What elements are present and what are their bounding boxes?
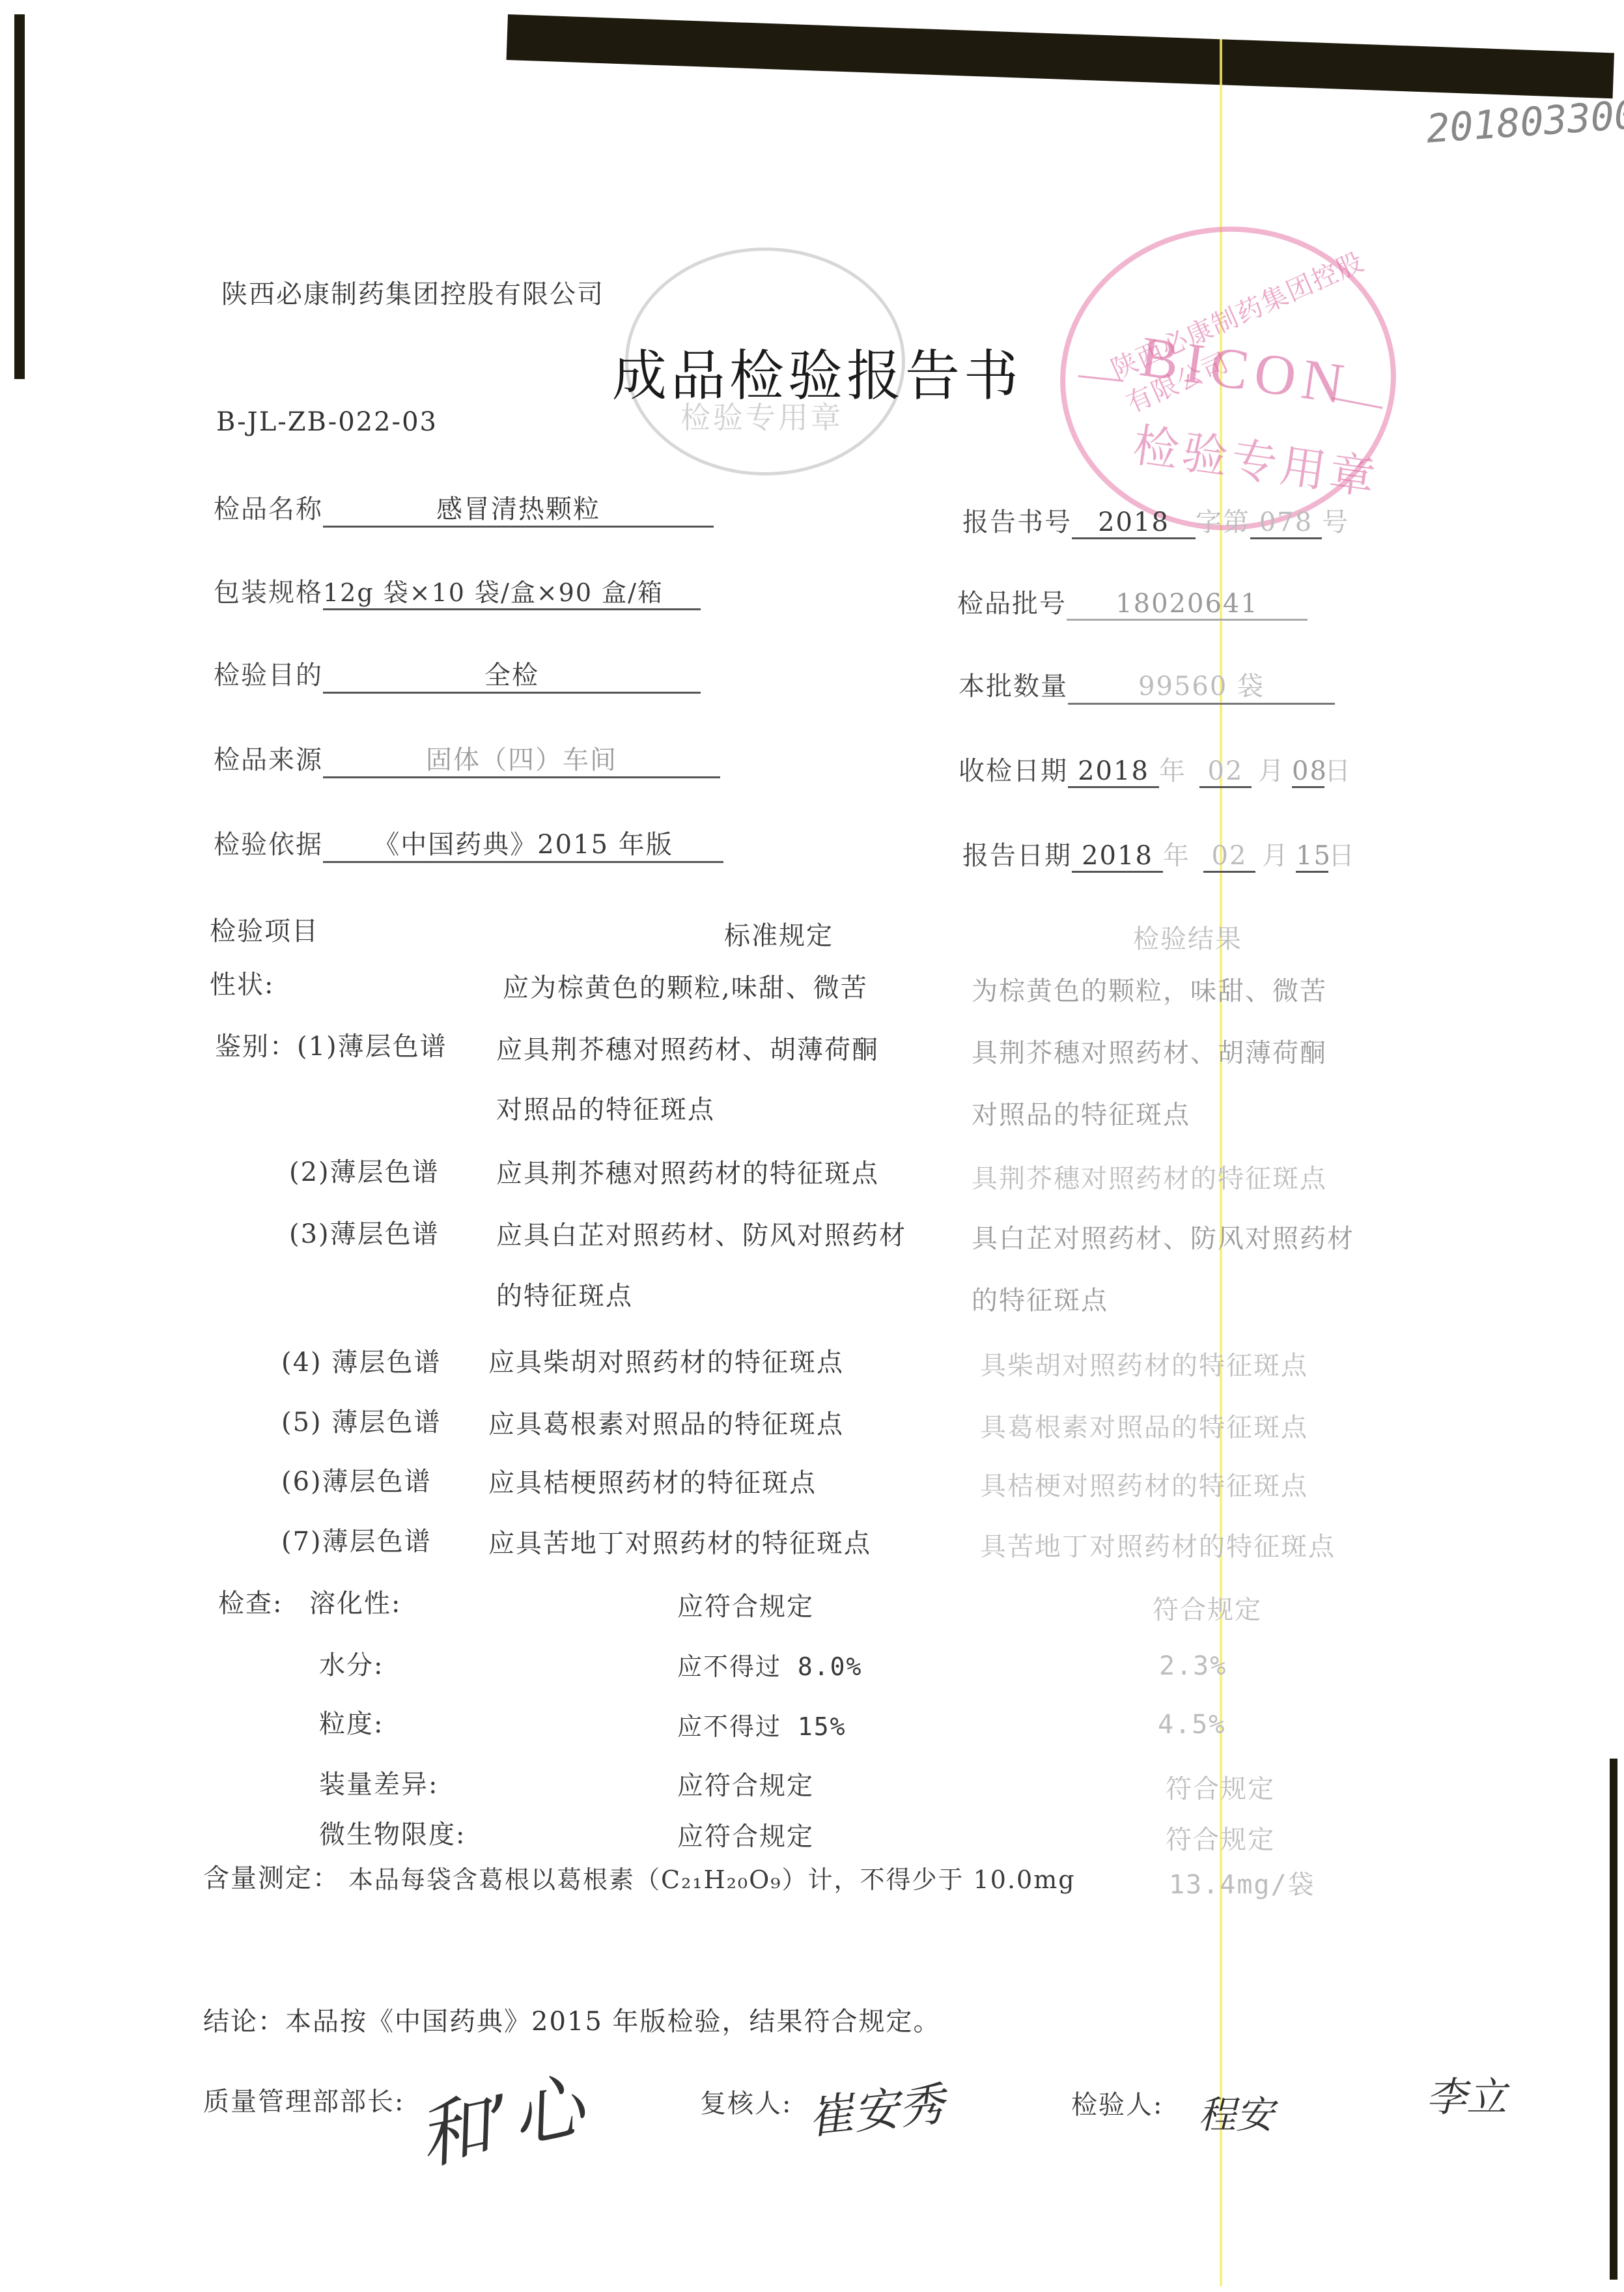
- standard-cell: 应为棕黄色的颗粒,味甜、微苦: [503, 967, 868, 1004]
- standard-cell: 的特征斑点: [496, 1275, 633, 1312]
- check-result: 符合规定: [1166, 1768, 1275, 1805]
- checks-label: 检查:: [218, 1583, 283, 1620]
- field-value: 全检: [323, 655, 701, 694]
- date-day-unit: 日: [1328, 841, 1356, 871]
- assay-standard: 本品每袋含葛根以葛根素（C₂₁H₂₀O₉）计，不得少于 10.0mg: [348, 1860, 1076, 1895]
- field-value: 《中国药典》2015 年版: [323, 824, 723, 863]
- date-month-unit: 月: [1262, 841, 1289, 871]
- check-standard: 应不得过 15%: [677, 1706, 847, 1742]
- field-package-spec: 包装规格12g 袋×10 袋/盒×90 盒/箱: [214, 572, 701, 610]
- item-cell: (7)薄层色谱: [281, 1521, 432, 1558]
- standard-cell: 对照品的特征斑点: [496, 1089, 715, 1126]
- inspector-label: 检验人:: [1071, 2084, 1163, 2121]
- item-cell: (6)薄层色谱: [281, 1461, 432, 1498]
- field-label: 报告书号: [962, 507, 1072, 537]
- field-batch-number: 检品批号18020641: [957, 583, 1308, 621]
- check-result: 2.3%: [1159, 1651, 1227, 1681]
- check-result: 符合规定: [1166, 1819, 1275, 1856]
- field-label: 检验依据: [214, 830, 323, 860]
- standard-cell: 应具葛根素对照品的特征斑点: [488, 1404, 844, 1441]
- report-suffix: 号: [1322, 507, 1349, 537]
- field-received-date: 收检日期2018年02月08日: [959, 750, 1352, 788]
- standard-cell: 应具苦地丁对照药材的特征斑点: [488, 1523, 871, 1560]
- date-year-unit: 年: [1159, 756, 1186, 786]
- result-cell: 具荆芥穗对照药材的特征斑点: [972, 1158, 1327, 1195]
- date-day-unit: 日: [1324, 756, 1352, 786]
- field-value: 固体（四）车间: [323, 739, 720, 778]
- field-sample-source: 检品来源固体（四）车间: [214, 739, 720, 778]
- handwritten-number: 20180330013: [1425, 89, 1624, 152]
- page-title: 成品检验报告书: [612, 332, 1022, 411]
- standard-cell: 应具荆芥穗对照药材的特征斑点: [496, 1153, 879, 1190]
- date-month: 02: [1199, 756, 1252, 788]
- field-label: 报告日期: [962, 841, 1072, 871]
- result-cell: 具桔梗对照药材的特征斑点: [980, 1465, 1308, 1503]
- assay-label: 含量测定：: [203, 1858, 340, 1895]
- form-code: B-JL-ZB-022-03: [216, 407, 438, 437]
- report-number: 078: [1250, 507, 1322, 539]
- assay-result: 13.4mg/袋: [1169, 1864, 1315, 1901]
- date-month: 02: [1203, 841, 1255, 873]
- standard-cell: 应具柴胡对照药材的特征斑点: [488, 1342, 844, 1379]
- item-cell: 鉴别：(1)薄层色谱: [215, 1026, 447, 1063]
- scan-edge-right: [1610, 1759, 1617, 2280]
- report-mid: 字第: [1196, 507, 1250, 537]
- field-report-date: 报告日期2018年02月15日: [962, 835, 1356, 873]
- field-value: 99560 袋: [1068, 666, 1335, 705]
- date-year-unit: 年: [1163, 841, 1190, 871]
- field-value: 感冒清热颗粒: [323, 488, 714, 528]
- field-label: 检品批号: [957, 589, 1067, 619]
- check-standard: 应符合规定: [677, 1816, 814, 1853]
- check-standard: 应符合规定: [677, 1586, 814, 1623]
- result-cell: 具葛根素对照品的特征斑点: [980, 1407, 1308, 1444]
- item-cell: (4) 薄层色谱: [281, 1342, 441, 1379]
- header-standard: 标准规定: [724, 915, 833, 952]
- check-standard: 应符合规定: [677, 1765, 814, 1802]
- result-cell: 对照品的特征斑点: [972, 1094, 1190, 1131]
- check-result: 4.5%: [1158, 1710, 1225, 1740]
- reviewer-signature: 崔安秀: [804, 2067, 947, 2147]
- field-inspection-basis: 检验依据《中国药典》2015 年版: [214, 824, 723, 863]
- header-result: 检验结果: [1133, 918, 1242, 955]
- result-cell: 的特征斑点: [972, 1280, 1108, 1317]
- date-day: 15: [1296, 841, 1328, 873]
- result-cell: 具柴胡对照药材的特征斑点: [980, 1345, 1308, 1382]
- date-year: 2018: [1068, 756, 1159, 788]
- check-item: 装量差异:: [319, 1764, 438, 1801]
- check-result: 符合规定: [1153, 1589, 1262, 1626]
- check-item: 微生物限度:: [319, 1814, 466, 1851]
- item-cell: (3)薄层色谱: [289, 1213, 440, 1251]
- item-cell: 性状:: [210, 964, 274, 1001]
- second-inspector-signature: 李立: [1426, 2065, 1507, 2123]
- field-value: 12g 袋×10 袋/盒×90 盒/箱: [323, 573, 701, 610]
- field-report-number: 报告书号2018字第078号: [962, 502, 1349, 539]
- result-cell: 具荆芥穗对照药材、胡薄荷酮: [972, 1032, 1327, 1069]
- scan-edge-left: [14, 14, 25, 379]
- field-product-name: 检品名称感冒清热颗粒: [214, 488, 714, 528]
- company-name: 陕西必康制药集团控股有限公司: [221, 274, 604, 311]
- check-item: 溶化性:: [309, 1583, 401, 1620]
- standard-cell: 应具荆芥穗对照药材、胡薄荷酮: [496, 1029, 879, 1066]
- check-standard: 应不得过 8.0%: [677, 1647, 862, 1682]
- field-label: 收检日期: [959, 756, 1068, 786]
- check-item: 水分:: [319, 1645, 384, 1682]
- report-year: 2018: [1072, 507, 1196, 539]
- date-month-unit: 月: [1258, 756, 1285, 786]
- field-inspection-purpose: 检验目的全检: [214, 655, 701, 694]
- date-day: 08: [1292, 756, 1324, 788]
- result-cell: 具苦地丁对照药材的特征斑点: [980, 1526, 1336, 1563]
- stamp-text: 检验专用章: [1129, 408, 1383, 508]
- qa-head-signature: 和’心: [408, 2048, 591, 2184]
- date-year: 2018: [1072, 841, 1163, 873]
- field-batch-quantity: 本批数量99560 袋: [959, 666, 1335, 705]
- standard-cell: 应具桔梗照药材的特征斑点: [488, 1462, 817, 1499]
- scan-edge-top: [507, 14, 1614, 98]
- reviewer-label: 复核人:: [700, 2083, 792, 2120]
- field-label: 检品名称: [214, 494, 323, 524]
- field-value: 18020641: [1067, 589, 1308, 621]
- conclusion: 结论：本品按《中国药典》2015 年版检验，结果符合规定。: [203, 2001, 941, 2038]
- field-label: 本批数量: [959, 672, 1068, 701]
- field-label: 检品来源: [214, 745, 323, 775]
- inspector-signature: 程安: [1198, 2084, 1274, 2139]
- standard-cell: 应具白芷对照药材、防风对照药材: [496, 1215, 906, 1252]
- field-label: 包装规格: [214, 578, 323, 608]
- check-item: 粒度:: [319, 1703, 384, 1740]
- result-cell: 具白芷对照药材、防风对照药材: [972, 1218, 1354, 1255]
- field-label: 检验目的: [214, 660, 323, 690]
- item-cell: (2)薄层色谱: [289, 1152, 440, 1189]
- inspection-stamp-red: 陕西必康制药集团控股有限公司 BICON 检验专用章: [1050, 216, 1406, 542]
- item-cell: (5) 薄层色谱: [281, 1402, 441, 1439]
- qa-head-label: 质量管理部部长:: [203, 2081, 404, 2118]
- header-item: 检验项目: [210, 911, 319, 948]
- result-cell: 为棕黄色的颗粒，味甜、微苦: [972, 970, 1327, 1008]
